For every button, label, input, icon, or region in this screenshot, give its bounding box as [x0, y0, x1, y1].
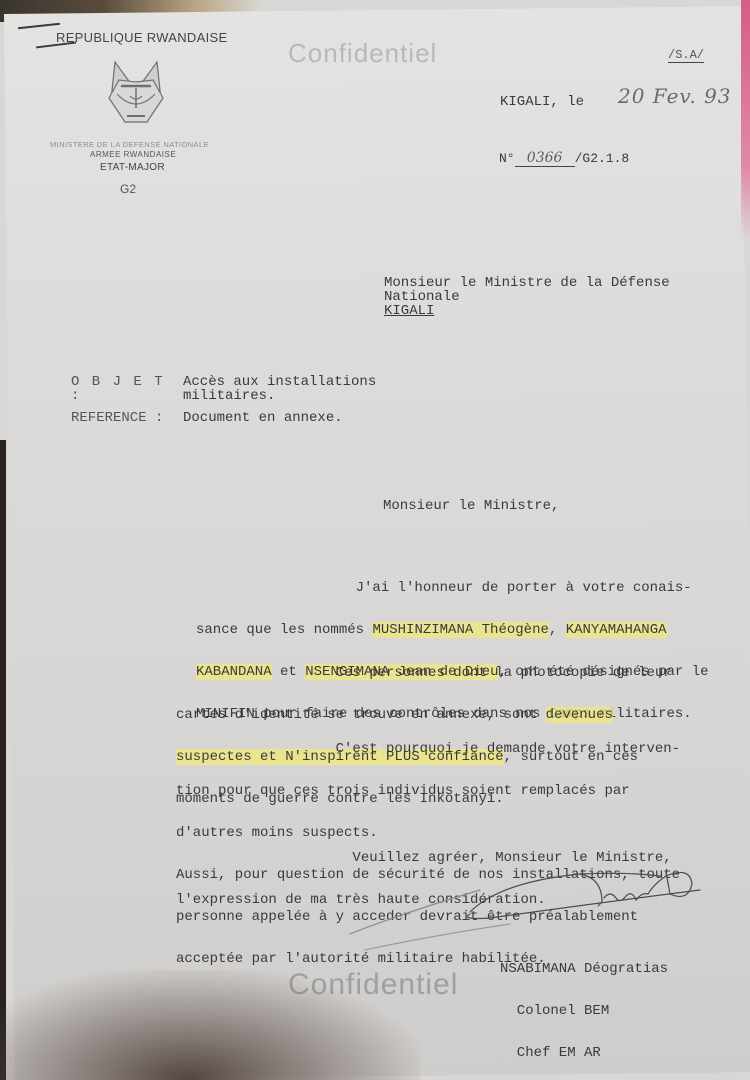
signatory-block: NSABIMANA Déogratias Colonel BEM Chef EM…	[500, 934, 668, 1074]
signatory-name: NSABIMANA Déogratias	[500, 962, 668, 976]
subject-block: O B J E T : Accès aux installations mili…	[71, 375, 376, 433]
handwritten-date: 20 Fev. 93	[618, 84, 732, 108]
signatory-title: Chef EM AR	[500, 1046, 668, 1060]
highlighted-name: MUSHINZIMANA Théogène	[372, 622, 548, 638]
recipient-line: Monsieur le Ministre de la Défense	[384, 276, 670, 290]
reference-number-handwritten: 0366	[515, 150, 575, 167]
section-label: G2	[120, 182, 136, 196]
photo-shadow	[0, 970, 420, 1080]
reference-number-suffix: /G2.1.8	[575, 151, 630, 166]
subject-label: O B J E T :	[71, 375, 183, 403]
ministry-label: MINISTERE DE LA DEFENSE NATIONALE	[50, 140, 209, 149]
text-span: ,	[549, 622, 566, 638]
text-span: sance que les nommés	[196, 622, 372, 638]
text-line: J'ai l'honneur de porter à votre conais-	[196, 581, 750, 595]
classification-mark: /S.A/	[668, 48, 704, 63]
reference-number-prefix: N°	[499, 151, 515, 166]
signatory-rank: Colonel BEM	[500, 1004, 668, 1018]
republic-heading: REPUBLIQUE RWANDAISE	[56, 30, 227, 45]
salutation: Monsieur le Ministre,	[383, 498, 559, 514]
highlighted-name: KANYAMAHANGA	[566, 622, 667, 638]
subject-row: O B J E T : Accès aux installations mili…	[71, 375, 376, 403]
reference-row: REFERENCE : Document en annexe.	[71, 411, 376, 425]
reference-value: Document en annexe.	[183, 411, 343, 425]
reference-label: REFERENCE :	[71, 411, 183, 425]
recipient-line: Nationale	[384, 290, 670, 304]
rwanda-coat-of-arms-icon	[101, 58, 171, 128]
text-line: tion pour que ces trois individus soient…	[176, 784, 736, 798]
recipient-block: Monsieur le Ministre de la Défense Natio…	[384, 276, 670, 318]
reference-number: N°0366/G2.1.8	[499, 150, 629, 167]
army-label: ARMEE RWANDAISE	[90, 150, 176, 159]
confidential-stamp: Confidentiel	[288, 38, 437, 69]
place-label: KIGALI, le	[500, 94, 584, 110]
pink-folder-edge	[741, 0, 750, 240]
subject-value: Accès aux installations militaires.	[183, 375, 376, 403]
staff-label: ETAT-MAJOR	[100, 162, 165, 173]
text-line: sance que les nommés MUSHINZIMANA Théogè…	[196, 623, 750, 637]
text-line: C'est pourquoi je demande votre interven…	[176, 742, 736, 756]
text-line: Ces personnes dont la photocopie de leur	[176, 666, 736, 680]
recipient-city: KIGALI	[384, 304, 434, 318]
